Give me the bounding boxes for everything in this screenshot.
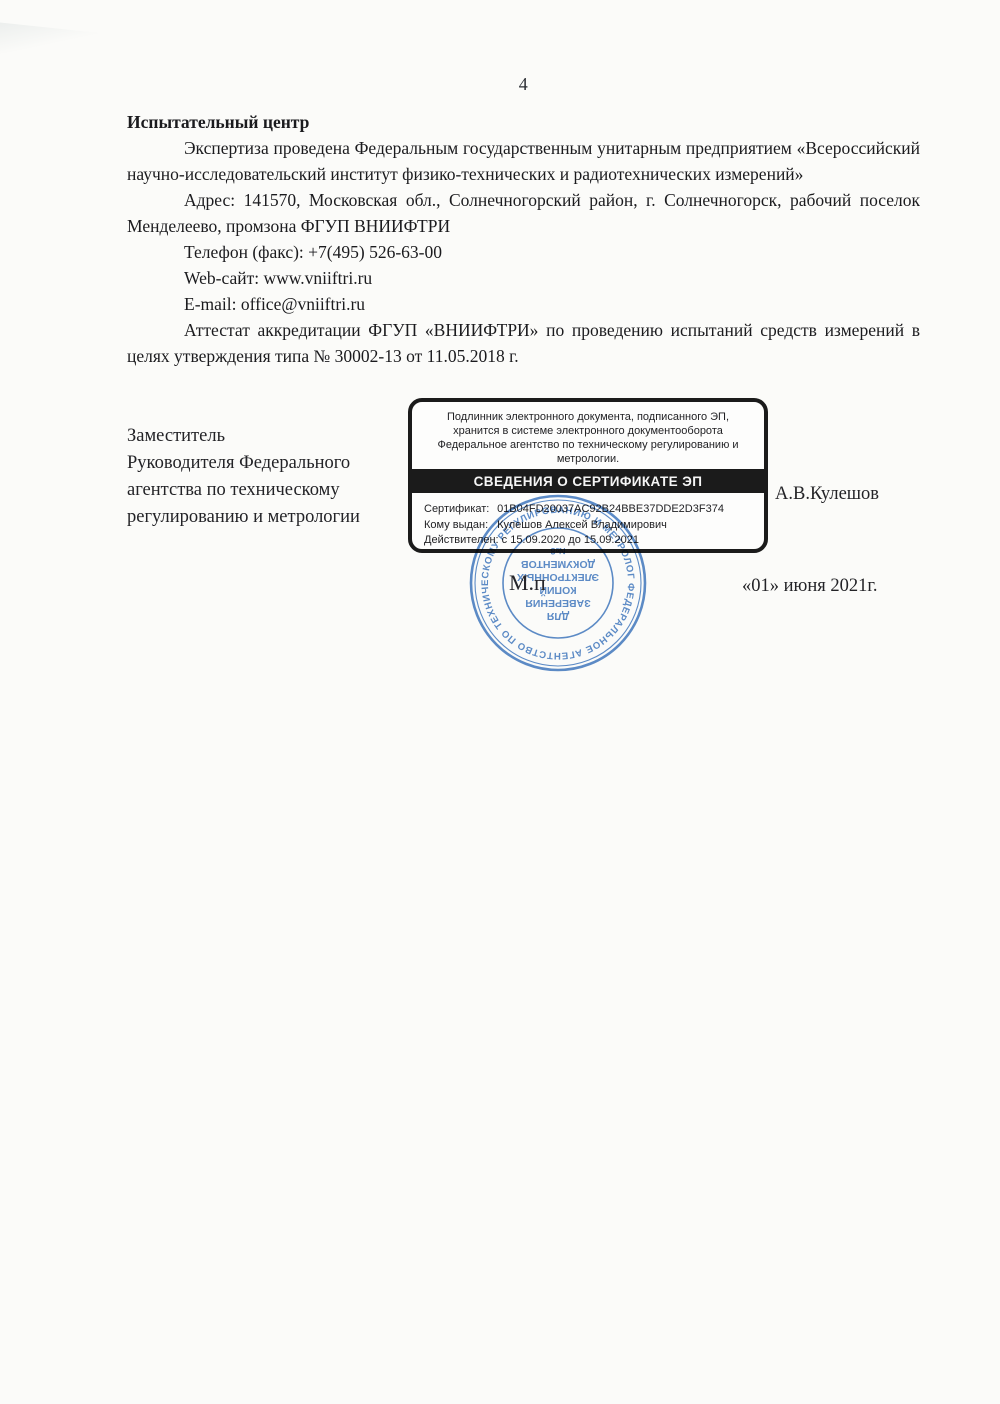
document-body: Испытательный центр Экспертиза проведена…: [127, 109, 920, 369]
signer-position-line: Заместитель: [127, 423, 427, 450]
signer-name: А.В.Кулешов: [775, 484, 879, 505]
page-number: 4: [127, 74, 920, 95]
section-heading: Испытательный центр: [127, 109, 920, 135]
signer-position-line: агентства по техническому: [127, 477, 427, 504]
signer-position: Заместитель Руководителя Федерального аг…: [127, 423, 427, 531]
paragraph-address: Адрес: 141570, Московская обл., Солнечно…: [127, 187, 920, 239]
paragraph-expertise: Экспертиза проведена Федеральным государ…: [127, 135, 920, 187]
round-stamp: ФЕДЕРАЛЬНОЕ АГЕНТСТВО ПО ТЕХНИЧЕСКОМУ РЕ…: [458, 483, 658, 683]
signer-position-line: Руководителя Федерального: [127, 450, 427, 477]
esignature-note-line: Подлинник электронного документа, подпис…: [412, 410, 764, 424]
seal-placeholder-mark: М.п: [509, 570, 546, 596]
contact-email: E-mail: office@vniiftri.ru: [127, 291, 920, 317]
contact-website: Web-сайт: www.vniiftri.ru: [127, 265, 920, 291]
esignature-note-line: Федеральное агентство по техническому ре…: [412, 438, 764, 452]
stamp-center-line: ЗАВЕРЕНИЯ: [525, 597, 590, 609]
stamp-center-line: ДОКУМЕНТОВ: [521, 558, 596, 570]
signer-position-line: регулированию и метрологии: [127, 504, 427, 531]
contact-phone: Телефон (факс): +7(495) 526-63-00: [127, 239, 920, 265]
esignature-note-line: хранится в системе электронного документ…: [412, 424, 764, 438]
stamp-center-line: №8: [550, 546, 565, 556]
stamp-center-line: ДЛЯ: [547, 610, 569, 622]
scan-artifact: [0, 12, 132, 54]
esignature-note-line: метрологии.: [412, 452, 764, 466]
document-date: «01» июня 2021г.: [742, 576, 878, 597]
esignature-note: Подлинник электронного документа, подпис…: [412, 402, 764, 466]
paragraph-attestation: Аттестат аккредитации ФГУП «ВНИИФТРИ» по…: [127, 317, 920, 369]
